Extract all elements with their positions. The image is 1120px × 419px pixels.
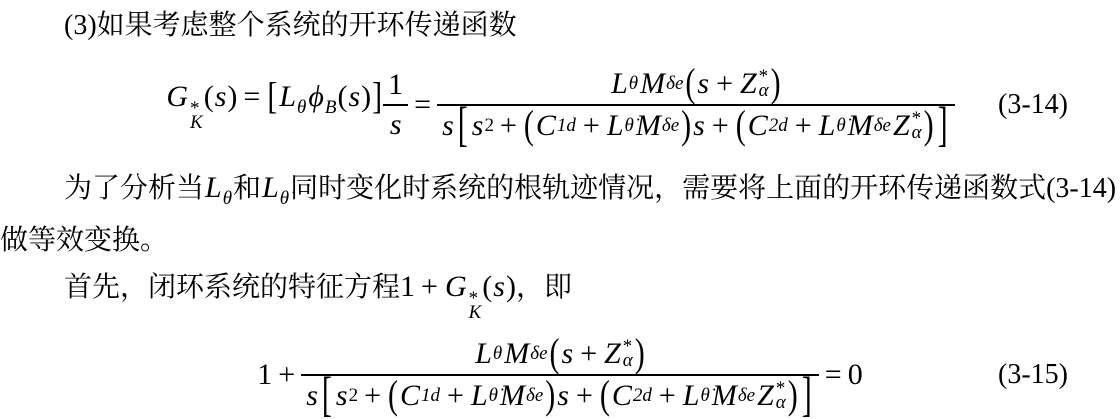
- denominator-314: s[s2+(C1d+Lθ̇Mδe)s+(C2d+Lθ̇MδeZ*α)]: [437, 109, 955, 143]
- operator-plus: +: [577, 109, 606, 143]
- var-C: C: [535, 109, 557, 143]
- bracket-close: ]: [799, 368, 815, 419]
- operator-plus: +: [706, 109, 735, 143]
- bracket-open: [: [319, 368, 335, 419]
- numerator-one: 1: [383, 68, 408, 102]
- fraction-main-315: LθMδe(s+Z*α) s[s2+(C1d+Lθ̇Mδe)s+(C2d+Lθ̇…: [301, 337, 819, 413]
- paren-close: ): [361, 80, 371, 113]
- inline-math-characteristic-eq: 1+G*K(s): [400, 270, 516, 303]
- var-s: s: [347, 80, 361, 113]
- sub-delta-e: δe: [530, 343, 548, 365]
- operator-plus: +: [494, 109, 523, 143]
- paragraph-2-and: 和: [233, 173, 261, 204]
- paragraph-1-text: (3)如果考虑整个系统的开环传递函数: [64, 10, 517, 41]
- var-Z: Z: [892, 109, 911, 143]
- sub-theta: θ: [629, 73, 639, 95]
- var-L: L: [818, 109, 837, 143]
- equation-3-14-body: G*K(s)=[LθϕB(s)]: [165, 80, 383, 130]
- sub-theta-dot: θ̇: [489, 385, 499, 407]
- var-s: s: [441, 109, 455, 143]
- paren-open: (: [684, 61, 696, 107]
- sup-two: 2: [349, 385, 359, 407]
- var-M: M: [639, 67, 666, 101]
- supsub-star-K: *K: [468, 292, 483, 320]
- var-phi: ϕ: [307, 80, 325, 113]
- var-L: L: [682, 379, 701, 413]
- var-L: L: [278, 80, 297, 113]
- var-L: L: [606, 109, 625, 143]
- operator-plus: +: [415, 270, 444, 303]
- sub-delta-e: δe: [738, 385, 756, 407]
- inline-math-L-theta: Lθ: [204, 171, 233, 204]
- var-C: C: [611, 379, 633, 413]
- var-Z: Z: [739, 67, 758, 101]
- sub-theta-dot: θ̇: [836, 115, 846, 137]
- operator-plus: +: [358, 379, 387, 413]
- fraction-bar: [383, 104, 408, 106]
- var-C: C: [399, 379, 421, 413]
- paren-close: ): [680, 103, 692, 149]
- operator-plus: +: [653, 379, 682, 413]
- inline-math-L-theta-dot: Lθ̇: [261, 171, 290, 204]
- paren-open: (: [735, 103, 747, 149]
- var-L: L: [474, 337, 493, 371]
- paragraph-2-line-1: 为了分析当Lθ和Lθ̇同时变化时系统的根轨迹情况，需要将上面的开环传递函数式(3…: [0, 169, 1120, 217]
- sub-alpha: α: [623, 354, 633, 368]
- supsub-star-alpha: *α: [622, 340, 634, 368]
- operator-plus: +: [441, 379, 470, 413]
- paren-open: (: [523, 103, 535, 149]
- operator-equals: =: [408, 88, 437, 122]
- paragraph-2-lead: 为了分析当: [64, 173, 204, 204]
- operator-plus: +: [789, 109, 818, 143]
- supsub-star-K: *K: [189, 102, 204, 130]
- bracket-close: ]: [935, 98, 951, 153]
- paren-close: ): [923, 103, 935, 149]
- sub-1d: 1d: [557, 115, 577, 137]
- sub-delta-e: δe: [666, 73, 684, 95]
- var-s: s: [556, 379, 570, 413]
- var-M: M: [711, 379, 738, 413]
- sub-K: K: [190, 116, 203, 130]
- sub-2d: 2d: [633, 385, 653, 407]
- supsub-star-alpha: *α: [775, 382, 787, 410]
- var-M: M: [503, 337, 530, 371]
- document-page: (3)如果考虑整个系统的开环传递函数 G*K(s)=[LθϕB(s)] 1 s …: [0, 0, 1120, 419]
- sub-delta-e: δe: [526, 385, 544, 407]
- num-one: 1: [257, 358, 272, 392]
- sub-theta: θ: [493, 343, 503, 365]
- operator-plus: +: [574, 337, 603, 371]
- var-M: M: [635, 109, 662, 143]
- num-one: 1: [400, 270, 415, 303]
- equation-3-14: G*K(s)=[LθϕB(s)] 1 s = LθMδe(s+Z*α) s[s2…: [0, 56, 1120, 154]
- sub-delta-e: δe: [662, 115, 680, 137]
- paren-close: ): [787, 373, 799, 419]
- paren-close: ): [506, 270, 516, 303]
- sub-theta-dot: θ̇: [625, 115, 635, 137]
- paragraph-4: 首先，闭环系统的特征方程1+G*K(s)，即: [0, 268, 1120, 320]
- denominator-s: s: [385, 108, 407, 142]
- paragraph-3-text: 做等效变换。: [0, 225, 168, 256]
- var-s: s: [305, 379, 319, 413]
- paragraph-2-line-2: 做等效变换。: [0, 222, 1120, 259]
- var-s: s: [335, 379, 349, 413]
- sub-2d: 2d: [769, 115, 789, 137]
- var-L: L: [204, 171, 223, 204]
- var-s: s: [214, 80, 228, 113]
- paren-open: (: [204, 80, 214, 113]
- equation-label-3-14: (3-14): [998, 89, 1068, 121]
- var-s: s: [561, 337, 575, 371]
- sub-theta: θ: [223, 188, 233, 209]
- paren-open: (: [599, 373, 611, 419]
- sub-alpha: α: [912, 126, 922, 140]
- var-Z: Z: [756, 379, 775, 413]
- sub-B: B: [325, 97, 338, 118]
- var-M: M: [499, 379, 526, 413]
- var-L: L: [470, 379, 489, 413]
- sub-1d: 1d: [421, 385, 441, 407]
- bracket-open: [: [266, 75, 278, 119]
- operator-equals: =: [819, 358, 848, 392]
- var-M: M: [847, 109, 874, 143]
- var-G: G: [165, 80, 189, 113]
- bracket-close: ]: [371, 75, 383, 119]
- bracket-open: [: [455, 98, 471, 153]
- sub-alpha: α: [759, 84, 769, 98]
- paragraph-2-tail: 同时变化时系统的根轨迹情况，需要将上面的开环传递函数式(3-14): [290, 173, 1116, 204]
- operator-equals: =: [237, 80, 266, 113]
- fraction-one-over-s: 1 s: [383, 68, 408, 142]
- sub-alpha: α: [776, 396, 786, 410]
- operator-plus: +: [272, 358, 301, 392]
- paren-open: (: [482, 270, 492, 303]
- paren-close: ): [227, 80, 237, 113]
- sub-theta: θ: [297, 97, 307, 118]
- var-L: L: [610, 67, 629, 101]
- denominator-315: s[s2+(C1d+Lθ̇Mδe)s+(C2d+Lθ̇MδeZ*α)]: [301, 379, 819, 413]
- var-s: s: [696, 67, 710, 101]
- var-G: G: [444, 270, 468, 303]
- paren-close: ): [770, 61, 782, 107]
- paren-open: (: [387, 373, 399, 419]
- var-L: L: [261, 171, 280, 204]
- sub-theta-dot: θ̇: [280, 188, 290, 209]
- numerator-315: LθMδe(s+Z*α): [470, 337, 650, 371]
- paragraph-1: (3)如果考虑整个系统的开环传递函数: [0, 0, 1120, 44]
- var-s: s: [471, 109, 485, 143]
- sub-delta-e: δe: [874, 115, 892, 137]
- operator-plus: +: [710, 67, 739, 101]
- paren-open: (: [549, 331, 561, 377]
- equation-3-15: 1 + LθMδe(s+Z*α) s[s2+(C1d+Lθ̇Mδe)s+(C2d…: [0, 324, 1120, 419]
- supsub-star-alpha: *α: [758, 70, 770, 98]
- equation-label-3-15: (3-15): [998, 359, 1068, 391]
- var-s: s: [492, 270, 506, 303]
- sub-theta-dot: θ̇: [700, 385, 710, 407]
- var-s: s: [692, 109, 706, 143]
- fraction-main-314: LθMδe(s+Z*α) s[s2+(C1d+Lθ̇Mδe)s+(C2d+Lθ̇…: [437, 67, 955, 143]
- paren-close: ): [544, 373, 556, 419]
- sup-two: 2: [484, 115, 494, 137]
- sub-K: K: [469, 306, 482, 320]
- num-zero: 0: [848, 358, 863, 392]
- operator-plus: +: [570, 379, 599, 413]
- paren-open: (: [337, 80, 347, 113]
- var-C: C: [747, 109, 769, 143]
- supsub-star-alpha: *α: [911, 112, 923, 140]
- var-Z: Z: [603, 337, 622, 371]
- numerator-314: LθMδe(s+Z*α): [606, 67, 786, 101]
- paren-close: ): [634, 331, 646, 377]
- paragraph-4-tail: ，即: [516, 272, 572, 303]
- paragraph-4-lead: 首先，闭环系统的特征方程: [64, 272, 400, 303]
